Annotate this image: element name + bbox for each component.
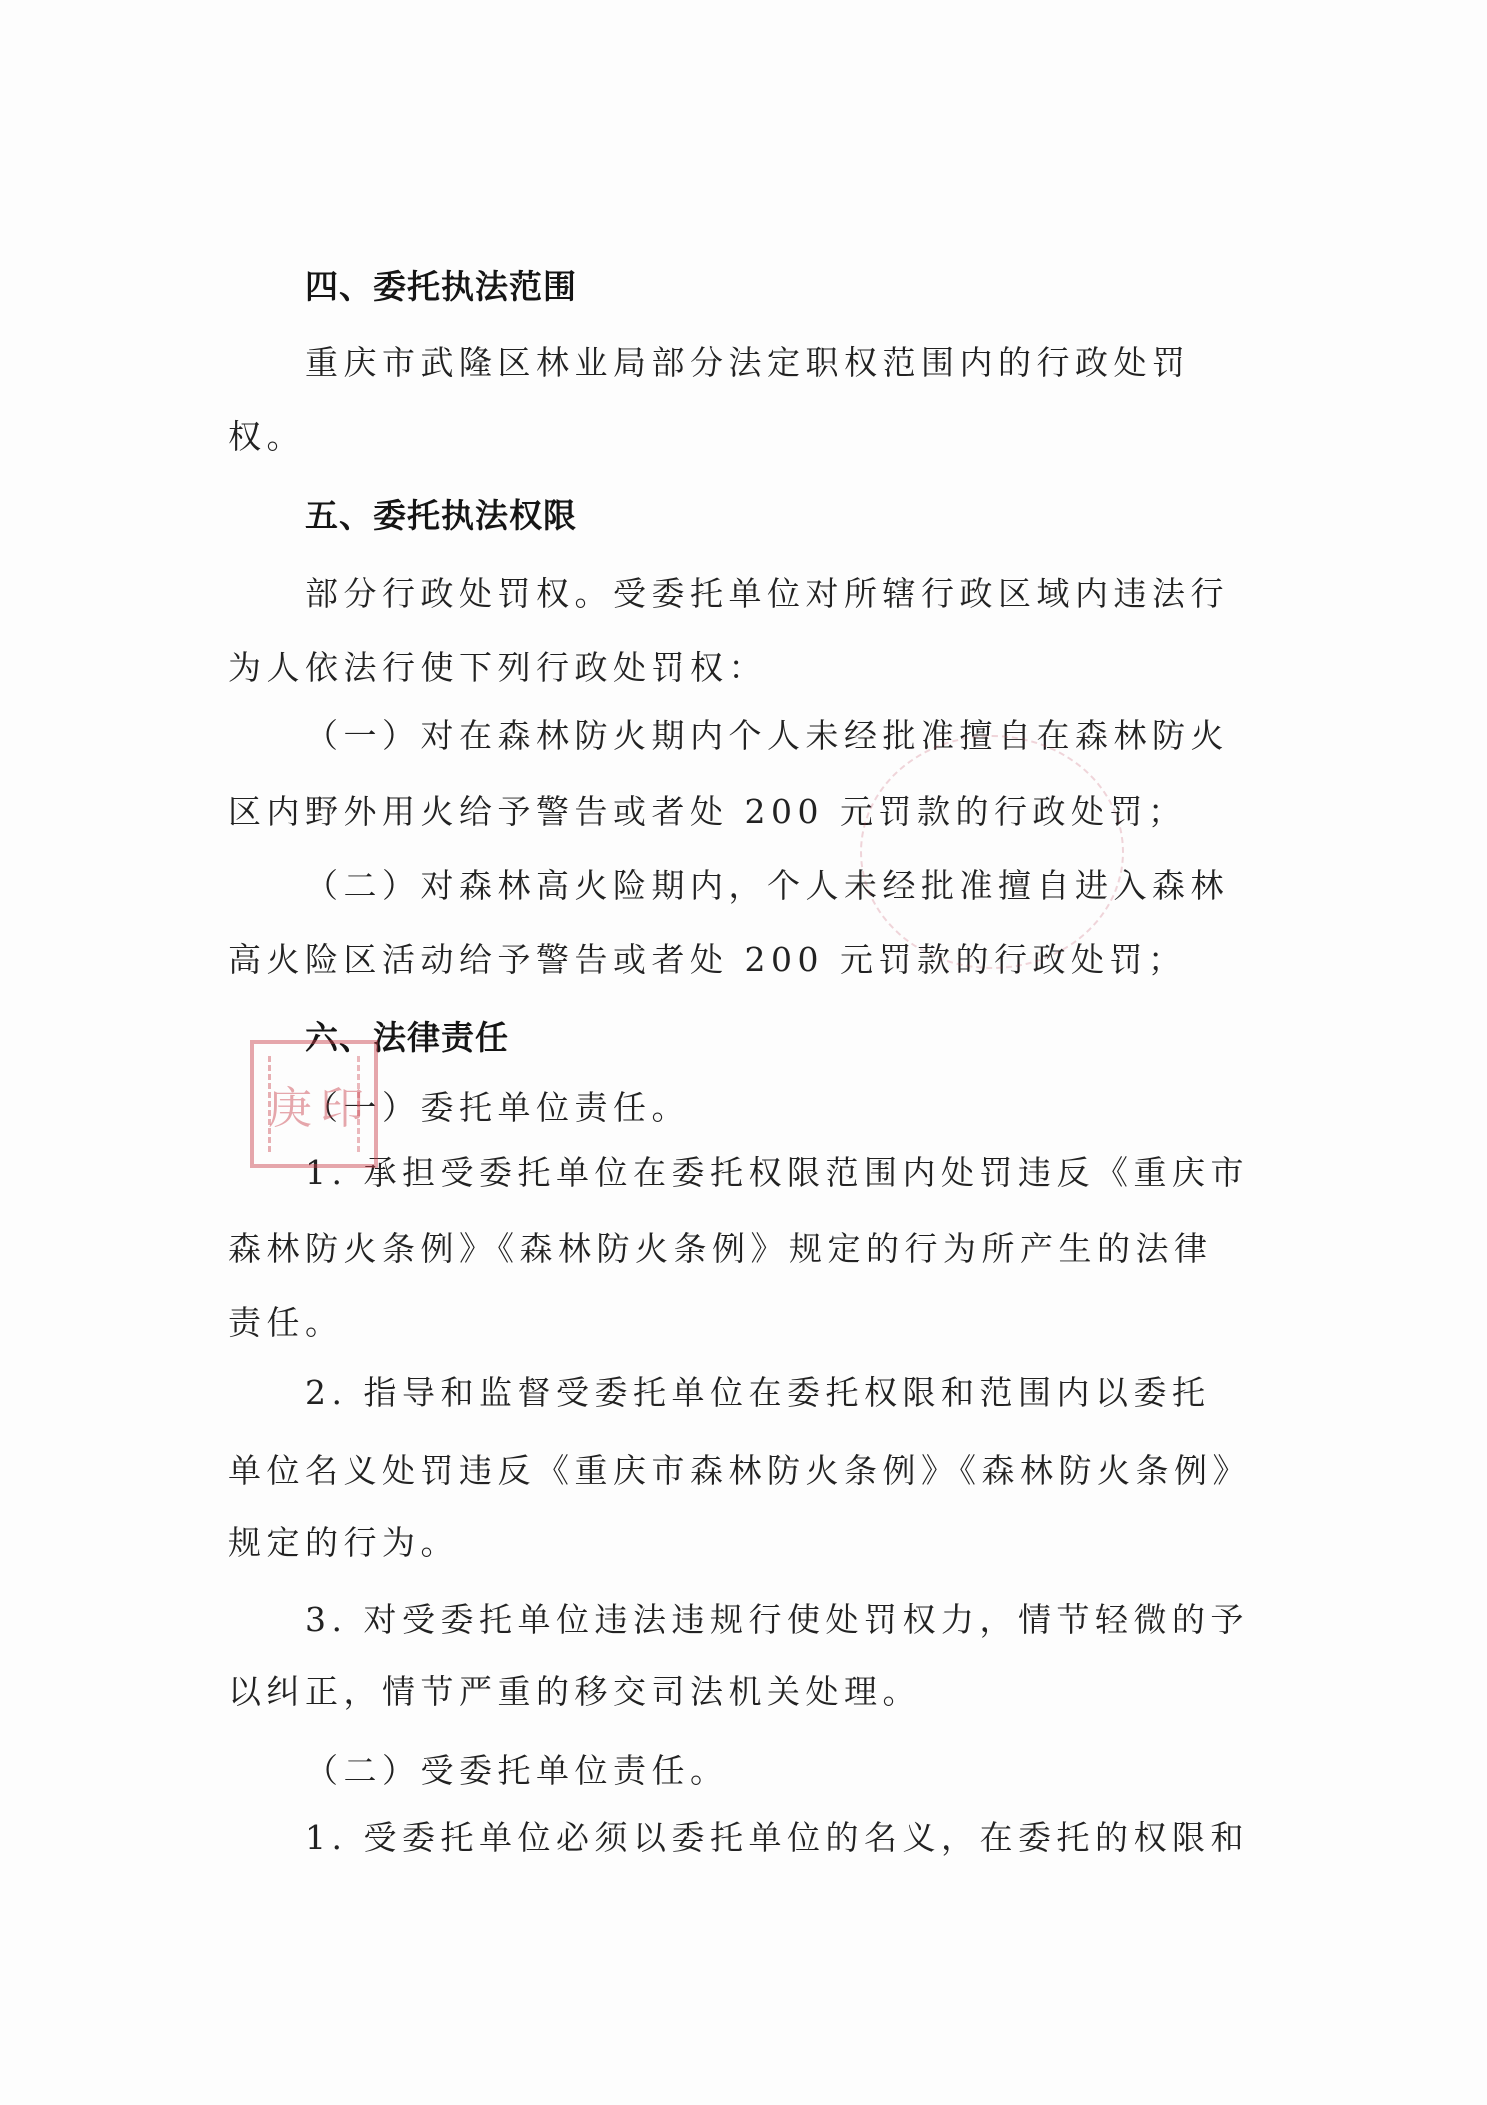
paragraph-line: 1. 受委托单位必须以委托单位的名义，在委托的权限和 — [305, 1818, 1249, 1858]
paragraph-line: 单位名义处罚违反《重庆市森林防火条例》《森林防火条例》 — [228, 1451, 1251, 1491]
stamp-char: 庚 — [268, 1072, 312, 1136]
stamp-char: 印 — [320, 1072, 364, 1136]
paragraph-line: 为人依法行使下列行政处罚权： — [228, 648, 767, 688]
paragraph-line: 重庆市武隆区林业局部分法定职权范围内的行政处罚 — [305, 343, 1191, 383]
document-page: 四、委托执法范围 重庆市武隆区林业局部分法定职权范围内的行政处罚 权。 五、委托… — [0, 0, 1487, 2105]
paragraph-line: 2. 指导和监督受委托单位在委托权限和范围内以委托 — [305, 1373, 1210, 1413]
paragraph-line: 以纠正，情节严重的移交司法机关处理。 — [228, 1672, 921, 1712]
paragraph-line: 1. 承担受委托单位在委托权限范围内处罚违反《重庆市 — [305, 1153, 1249, 1193]
paragraph-line: 责任。 — [228, 1303, 344, 1343]
paragraph-line: 3. 对受委托单位违法违规行使处罚权力，情节轻微的予 — [305, 1600, 1249, 1640]
paragraph-line: （一）对在森林防火期内个人未经批准擅自在森林防火 — [305, 716, 1229, 756]
paragraph-line: 森林防火条例》《森林防火条例》规定的行为所产生的法律 — [228, 1229, 1213, 1269]
faint-seal-mark — [860, 735, 1124, 969]
paragraph-line: 部分行政处罚权。受委托单位对所辖行政区域内违法行 — [305, 574, 1229, 614]
paragraph-line: 权。 — [228, 417, 305, 457]
section-heading-authority: 五、委托执法权限 — [305, 496, 577, 536]
section-heading-scope: 四、委托执法范围 — [305, 267, 577, 307]
paragraph-line: （二）受委托单位责任。 — [305, 1751, 729, 1791]
paragraph-line: 规定的行为。 — [228, 1523, 459, 1563]
red-seal-stamp: 庚 印 — [250, 1040, 378, 1168]
